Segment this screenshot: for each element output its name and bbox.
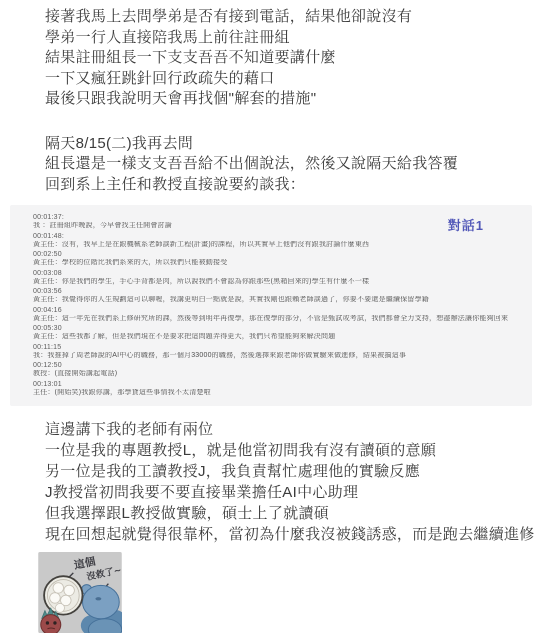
- paragraph-teachers: 這邊講下我的老師有兩位 一位是我的專題教授L，就是他當初問我有沒有讀碩的意願 另…: [45, 419, 540, 545]
- intro-line: 結果註冊組長一下支支吾吾不知道要講什麼: [45, 48, 540, 69]
- intro-line: 接著我馬上去問學弟是否有接到電話，結果他卻說沒有: [45, 7, 540, 28]
- bottom-line: 現在回想起就覺得很靠杯，當初為什麼我沒被錢誘惑，而是跑去繼續進修: [45, 524, 540, 545]
- chat-text: 主任：(開始笑)我跟你講，那學貸這些事情我不太清楚啦: [33, 389, 522, 397]
- chat-message: 00:02:50 黃主任：學校的位階比我們系來的大，所以我們只能被動接受: [33, 251, 522, 267]
- chat-message: 00:03:08 黃主任：你是我們的學生，手心手背都是肉，所以說我們不會認為你跟…: [33, 270, 522, 286]
- meme-image[interactable]: 這個 沒救了~: [38, 552, 122, 633]
- chat-text: 黃主任：這一年先在我們系上修研究所的課，然後等到明年再復學，那在復學的部分，不管…: [33, 315, 522, 323]
- chat-timestamp: 00:04:16: [33, 307, 522, 315]
- chat-message: 00:13:01 主任：(開始笑)我跟你講，那學貸這些事情我不太清楚啦: [33, 381, 522, 397]
- mid-line: 組長還是一樣支支吾吾給不出個說法，然後又說隔天給我答覆: [45, 154, 540, 175]
- chat-label-badge: 對話1: [448, 215, 484, 234]
- chat-timestamp: 00:03:08: [33, 270, 522, 278]
- mid-line: 回到系上主任和教授直接說要約談我：: [45, 175, 540, 196]
- blue-creature: [81, 585, 122, 633]
- chat-message: 00:11:15 我：我推掉了周老師說的AI中心的職務，那一個月33000的職務…: [33, 344, 522, 360]
- chat-transcript: 對話1 00:01:37: 我 ：註冊組昨晚說，今早會找主任開會討論 00:01…: [10, 205, 532, 406]
- chat-timestamp: 00:13:01: [33, 381, 522, 389]
- chat-text: 黃主任：沒有，我早上是在跟機械系老師談新工程(計畫)的課程，所以其實早上他們沒有…: [33, 241, 522, 249]
- chat-timestamp: 00:11:15: [33, 344, 522, 352]
- bottom-line: 這邊講下我的老師有兩位: [45, 419, 540, 440]
- chat-text: 黃主任：我覺得你的人生規劃這可以聊喔，我講更明白一點就是說，其實我剛也跟賴老師談…: [33, 296, 522, 304]
- bottom-line: 一位是我的專題教授L，就是他當初問我有沒有讀碩的意願: [45, 440, 540, 461]
- paragraph-intro: 接著我馬上去問學弟是否有接到電話，結果他卻說沒有 學弟一行人直接陪我馬上前往註冊…: [45, 7, 540, 110]
- chat-timestamp: 00:12:50: [33, 362, 522, 370]
- bottom-line: 但我選擇跟L教授做實驗，碩士上了就讀碩: [45, 503, 540, 524]
- mid-line: 隔天8/15(二)我再去問: [45, 134, 540, 155]
- chat-text: 黃主任：學校的位階比我們系來的大，所以我們只能被動接受: [33, 259, 522, 267]
- chat-text: 黃主任：這些我都了解，但是我們現在不是要求把這問題弄得更大，我們只希望能夠來解決…: [33, 333, 522, 341]
- chat-message: 00:04:16 黃主任：這一年先在我們系上修研究所的課，然後等到明年再復學，那…: [33, 307, 522, 323]
- chat-text: 我：我推掉了周老師說的AI中心的職務，那一個月33000的職務，然後選擇來跟老師…: [33, 352, 522, 360]
- chat-message: 00:03:56 黃主任：我覺得你的人生規劃這可以聊喔，我講更明白一點就是說，其…: [33, 288, 522, 304]
- bottom-line: 另一位是我的工讀教授J，我負責幫忙處理他的實驗反應: [45, 461, 540, 482]
- bottom-line: J教授當初問我要不要直接畢業擔任AI中心助理: [45, 482, 540, 503]
- intro-line: 一下又瘋狂跳針回行政疏失的藉口: [45, 69, 540, 90]
- paragraph-mid: 隔天8/15(二)我再去問 組長還是一樣支支吾吾給不出個說法，然後又說隔天給我答…: [45, 134, 540, 196]
- intro-line: 學弟一行人直接陪我馬上前往註冊組: [45, 28, 540, 49]
- intro-line: 最後只跟我說明天會再找個"解套的措施": [45, 89, 540, 110]
- chat-timestamp: 00:05:30: [33, 325, 522, 333]
- chat-timestamp: 00:02:50: [33, 251, 522, 259]
- chat-timestamp: 00:03:56: [33, 288, 522, 296]
- chat-message: 00:01:48: 黃主任：沒有，我早上是在跟機械系老師談新工程(計畫)的課程，…: [33, 233, 522, 249]
- chat-text: 黃主任：你是我們的學生，手心手背都是肉，所以說我們不會認為你跟那些(黑箱回來的)…: [33, 278, 522, 286]
- chat-message: 00:05:30 黃主任：這些我都了解，但是我們現在不是要求把這問題弄得更大，我…: [33, 325, 522, 341]
- chat-text: 教授：(直接開始講起電話): [33, 370, 522, 378]
- post-body: 接著我馬上去問學弟是否有接到電話，結果他卻說沒有 學弟一行人直接陪我馬上前往註冊…: [0, 0, 540, 633]
- chat-message: 00:12:50 教授：(直接開始講起電話): [33, 362, 522, 378]
